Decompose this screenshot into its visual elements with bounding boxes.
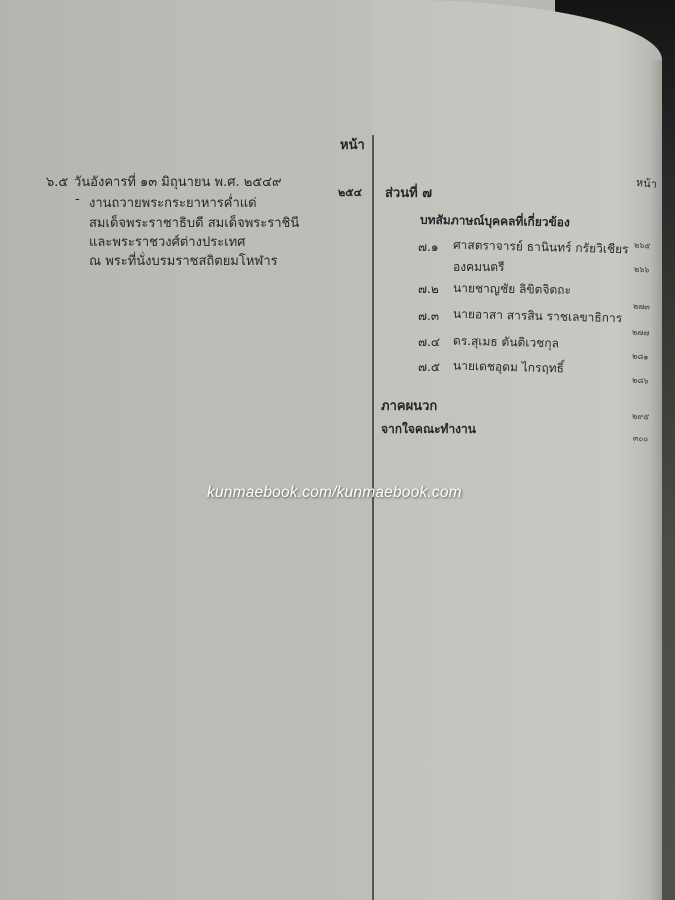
watermark: kunmaebook.com/kunmaebook.com <box>207 484 462 502</box>
item-page: ๒๖๕ <box>634 238 651 252</box>
entry-page: ๒๕๔ <box>338 183 362 201</box>
left-page-header: หน้า <box>340 134 365 155</box>
item-line: องคมนตรี <box>453 258 504 277</box>
item-line: นายเดชอุดม ไกรฤทธิ์ <box>453 357 564 379</box>
entry-number: ๖.๕ <box>46 171 68 192</box>
entry-sub-line: และพระราชวงศ์ต่างประเทศ <box>89 231 245 252</box>
item-page: ๒๘๖ <box>632 373 649 387</box>
item-number: ๗.๕ <box>418 358 440 377</box>
column-divider <box>372 135 374 900</box>
item-page: ๒๘๑ <box>632 349 649 363</box>
right-page-header: หน้า <box>635 173 658 193</box>
entry-sub-line: ณ พระที่นั่งบรมราชสถิตยมโหฬาร <box>89 250 278 271</box>
item-page: ๒๗๓ <box>633 299 651 313</box>
item-number: ๗.๓ <box>418 307 439 326</box>
entry-sub-line: สมเด็จพระราชาธิบดี สมเด็จพระราชินี <box>89 212 299 233</box>
right-page <box>372 0 662 900</box>
closing-title: จากใจคณะทำงาน <box>381 420 476 439</box>
item-line: ดร.สุเมธ ตันติเวชกุล <box>453 332 559 354</box>
entry-title: วันอังคารที่ ๑๓ มิถุนายน พ.ศ. ๒๕๔๙ <box>74 171 282 192</box>
item-number: ๗.๔ <box>418 333 440 352</box>
entry-bullet: - <box>75 192 80 207</box>
closing-page: ๓๐๐ <box>633 431 649 445</box>
item-page: ๒๗๗ <box>632 325 650 339</box>
left-page <box>0 0 372 900</box>
subsection-title: บทสัมภาษณ์บุคคลที่เกี่ยวข้อง <box>420 211 570 233</box>
entry-sub-line: งานถวายพระกระยาหารค่ำแด่ <box>89 192 257 213</box>
item-number: ๗.๒ <box>418 280 439 299</box>
item-line: นายชาญชัย ลิขิตจิตถะ <box>453 279 571 300</box>
section-title: ส่วนที่ ๗ <box>385 182 432 203</box>
item-page: ๒๖๖ <box>634 262 650 276</box>
appendix-page: ๒๙๕ <box>632 409 650 423</box>
item-number: ๗.๑ <box>418 238 438 257</box>
appendix-title: ภาคผนวก <box>381 395 437 416</box>
